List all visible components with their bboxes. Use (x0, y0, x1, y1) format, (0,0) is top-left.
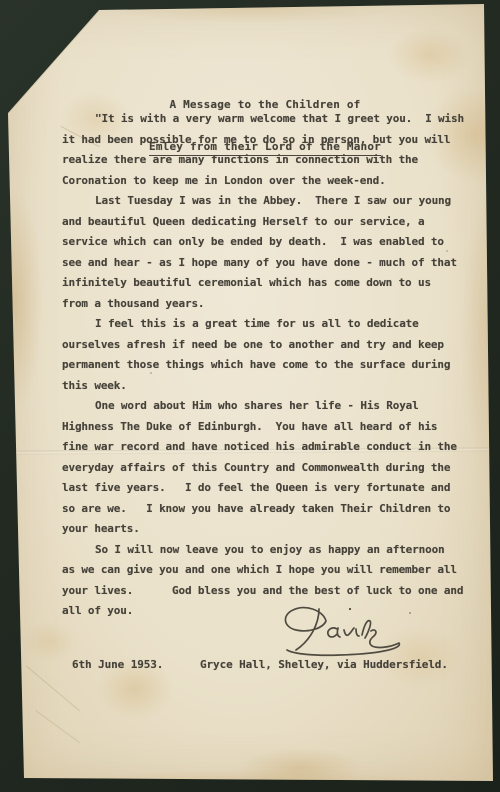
handwritten-signature (258, 592, 408, 664)
letter-date: 6th June 1953. (72, 658, 163, 672)
letter-line: service which can only be ended by death… (62, 232, 464, 253)
letter-line: everyday affairs of this Country and Com… (62, 458, 464, 479)
letter-line: so are we. I know you have already taken… (62, 499, 464, 520)
letter-line: One word about Him who shares her life -… (62, 396, 464, 417)
letter-line: fine war record and have noticed his adm… (62, 437, 464, 458)
letter-line: Highness The Duke of Edinburgh. You have… (62, 417, 464, 438)
letter-line: infinitely beautiful ceremonial which ha… (62, 273, 464, 294)
letter-line: and beautiful Queen dedicating Herself t… (62, 212, 464, 233)
letter-line: last five years. I do feel the Queen is … (62, 478, 464, 499)
letter-address: Gryce Hall, Shelley, via Huddersfield. (200, 658, 448, 672)
scanned-letter-stage: A Message to the Children of Emley from … (0, 0, 500, 792)
letter-page: A Message to the Children of Emley from … (0, 0, 500, 792)
letter-line: ourselves afresh if need be one to anoth… (62, 335, 464, 356)
letter-line: I feel this is a great time for us all t… (62, 314, 464, 335)
letter-line: Coronation to keep me in London over the… (62, 171, 464, 192)
letter-line: it had been possible for me to do so in … (62, 130, 464, 151)
letter-line: your hearts. (62, 519, 464, 540)
letter-line: see and hear - as I hope many of you hav… (62, 253, 464, 274)
letter-line: as we can give you and one which I hope … (62, 560, 464, 581)
letter-line: realize there are many functions in conn… (62, 150, 464, 171)
paper-scratch (35, 710, 80, 743)
letter-body: "It is with a very warm welcome that I g… (62, 109, 464, 622)
letter-line: this week. (62, 376, 464, 397)
paper-scratch (26, 666, 80, 712)
letter-line: So I will now leave you to enjoy as happ… (62, 540, 464, 561)
letter-line: from a thousand years. (62, 294, 464, 315)
letter-line: permanent those things which have come t… (62, 355, 464, 376)
letter-line: Last Tuesday I was in the Abbey. There I… (62, 191, 464, 212)
signature-strokes (285, 608, 399, 656)
letter-line: "It is with a very warm welcome that I g… (62, 109, 464, 130)
